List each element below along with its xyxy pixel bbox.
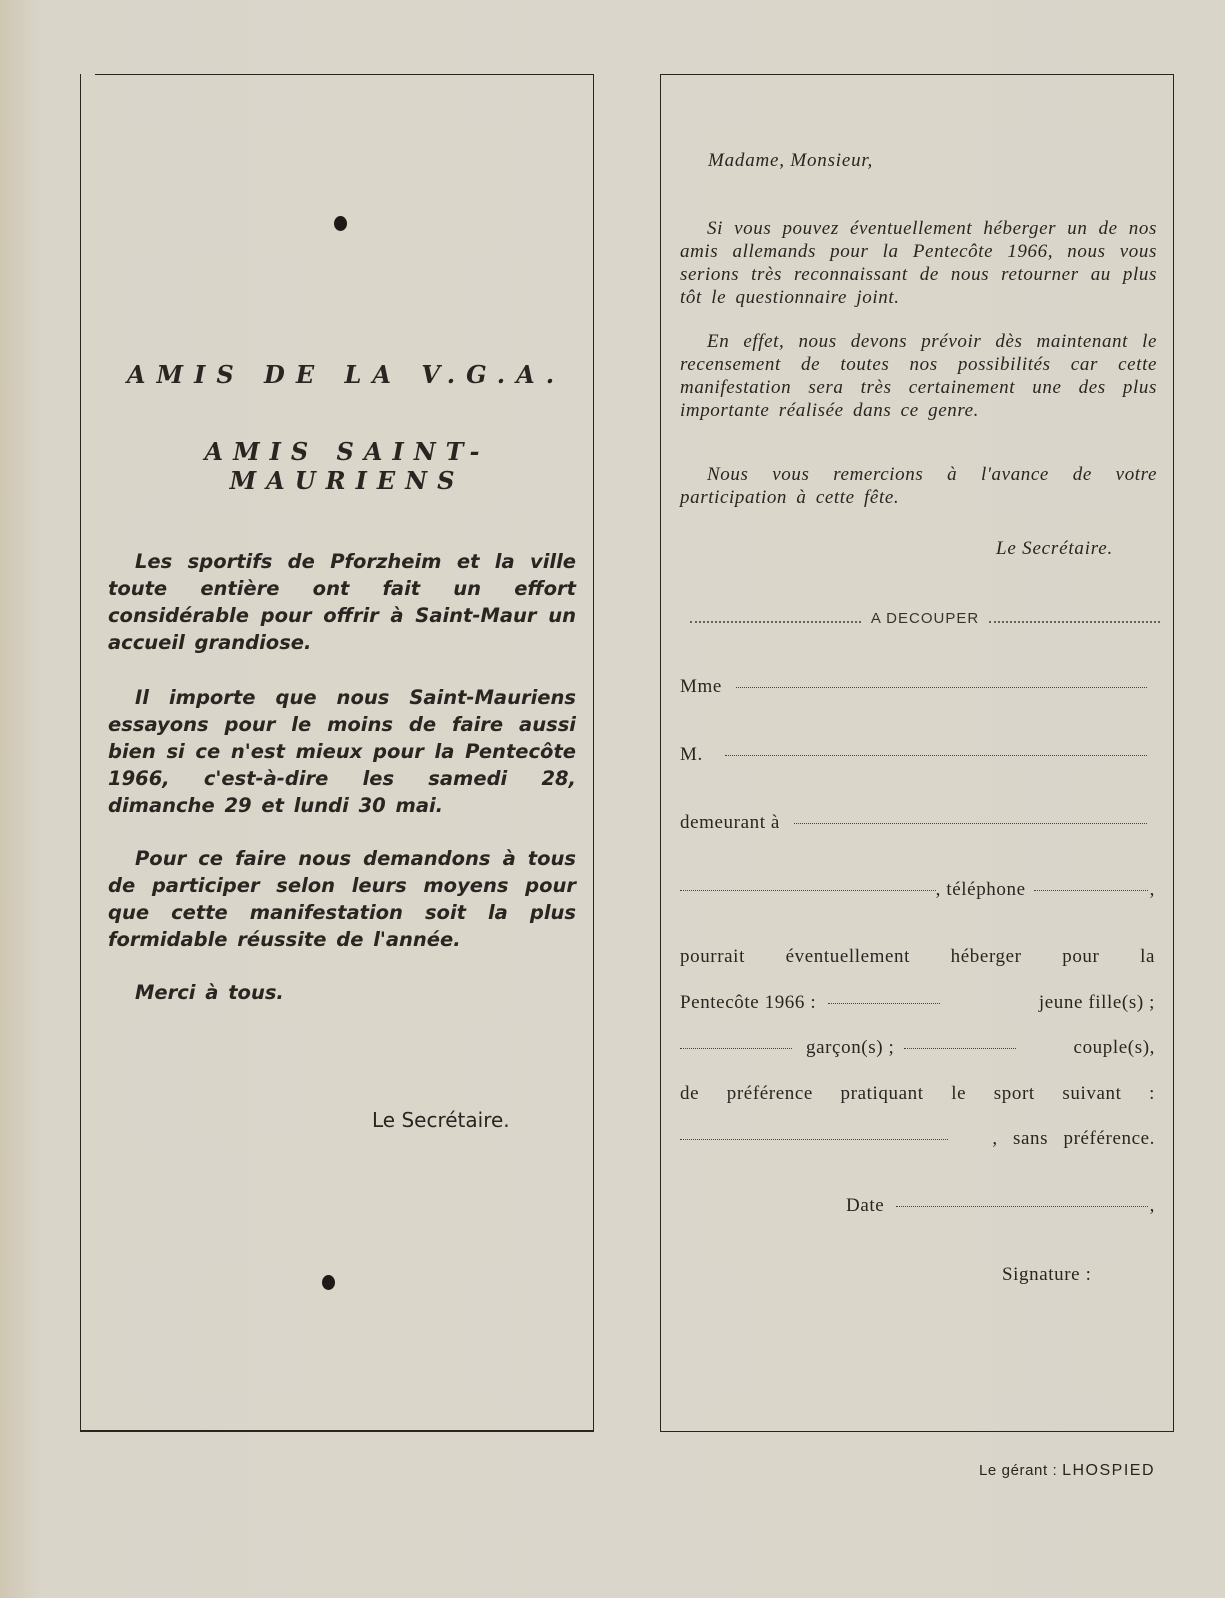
form-row-girls: Pentecôte 1966 : jeune fille(s) ;	[680, 992, 1155, 1014]
letter-paragraph-1: Si vous pouvez éventuellement héberger u…	[680, 217, 1157, 309]
sport-field[interactable]	[680, 1139, 948, 1140]
cut-here-line: A DECOUPER	[690, 608, 1160, 628]
form-row-m: M.	[680, 744, 1155, 766]
phone-field[interactable]	[1034, 890, 1148, 891]
left-paragraph-thanks: Merci à tous.	[108, 979, 576, 1006]
mme-label: Mme	[680, 676, 722, 698]
form-row-sport: de préférence pratiquant le sport suivan…	[680, 1083, 1155, 1105]
m-field[interactable]	[725, 755, 1147, 756]
left-paragraph-3: Pour ce faire nous demandons à tous de p…	[108, 845, 576, 953]
letter-signature: Le Secrétaire.	[996, 538, 1113, 560]
form-row-host: pourrait éventuellement héberger pour la	[680, 946, 1155, 968]
host-line: pourrait éventuellement héberger pour la	[680, 946, 1155, 968]
letter-paragraph-2: En effet, nous devons prévoir dès mainte…	[680, 330, 1157, 422]
signature-label: Signature :	[1002, 1264, 1091, 1286]
left-paragraph-2: Il importe que nous Saint-Mauriens essay…	[108, 684, 576, 819]
address-continued-field[interactable]	[680, 890, 936, 891]
couples-count-field[interactable]	[904, 1048, 1016, 1049]
form-row-phone: , téléphone ,	[680, 879, 1155, 901]
date-label: Date	[846, 1195, 884, 1217]
girls-label: jeune fille(s) ;	[1039, 992, 1155, 1014]
girls-count-field[interactable]	[828, 1003, 940, 1004]
boys-count-field[interactable]	[680, 1048, 792, 1049]
form-row-sport-field: , sans préférence.	[680, 1128, 1155, 1150]
cut-label: A DECOUPER	[861, 610, 989, 627]
heading-amis-saint-mauriens: AMIS SAINT-MAURIENS	[92, 437, 602, 495]
phone-label: , téléphone	[936, 879, 1026, 901]
sport-line: de préférence pratiquant le sport suivan…	[680, 1083, 1155, 1105]
form-row-date: Date ,	[846, 1195, 1155, 1217]
left-signature: Le Secrétaire.	[372, 1108, 510, 1132]
address-label: demeurant à	[680, 812, 780, 834]
left-paragraph-1: Les sportifs de Pforzheim et la ville to…	[108, 548, 576, 656]
couples-label: couple(s),	[1074, 1037, 1155, 1059]
bullet-dot-top	[334, 216, 347, 231]
form-row-signature: Signature :	[1002, 1264, 1162, 1286]
manager-prefix: Le gérant :	[979, 1462, 1057, 1479]
date-end: ,	[1150, 1195, 1155, 1217]
footer-manager: Le gérant : LHOSPIED	[979, 1462, 1155, 1480]
mme-field[interactable]	[736, 687, 1147, 688]
letter-paragraph-3: Nous vous remercions à l'avance de votre…	[680, 463, 1157, 509]
no-preference-label: , sans préférence.	[992, 1128, 1155, 1150]
letter-greeting: Madame, Monsieur,	[708, 150, 873, 172]
address-field[interactable]	[794, 823, 1147, 824]
heading-amis-vga: AMIS DE LA V.G.A.	[96, 360, 596, 389]
pentecote-label: Pentecôte 1966 :	[680, 992, 816, 1014]
boys-label: garçon(s) ;	[806, 1037, 894, 1059]
form-row-mme: Mme	[680, 676, 1155, 698]
form-row-boys-couples: garçon(s) ; couple(s),	[680, 1037, 1155, 1059]
phone-end: ,	[1150, 879, 1155, 901]
m-label: M.	[680, 744, 703, 766]
bullet-dot-bottom	[322, 1275, 335, 1290]
date-field[interactable]	[896, 1206, 1147, 1207]
manager-name: LHOSPIED	[1062, 1462, 1155, 1479]
dotted-cut-left	[690, 621, 861, 623]
form-row-address: demeurant à	[680, 812, 1155, 834]
dotted-cut-right	[989, 621, 1160, 623]
